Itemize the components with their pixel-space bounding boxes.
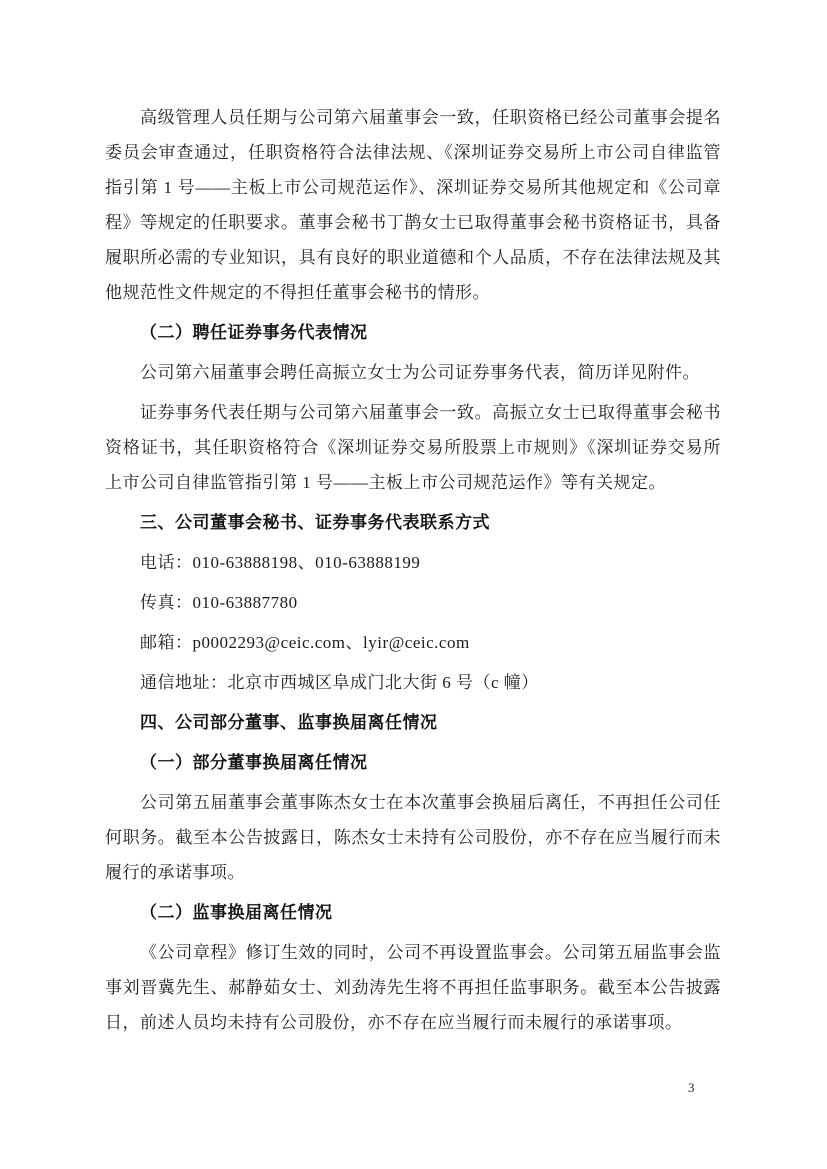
body-paragraph: 证券事务代表任期与公司第六届董事会一致。高振立女士已取得董事会秘书资格证书，其任… <box>105 395 721 500</box>
section-heading: （一）部分董事换届离任情况 <box>105 745 721 780</box>
content-area: 高级管理人员任期与公司第六届董事会一致，任职资格已经公司董事会提名委员会审查通过… <box>105 100 721 1045</box>
section-heading: （二）监事换届离任情况 <box>105 895 721 930</box>
body-paragraph: 高级管理人员任期与公司第六届董事会一致，任职资格已经公司董事会提名委员会审查通过… <box>105 100 721 310</box>
contact-fax-line: 传真：010-63887780 <box>105 585 721 620</box>
body-paragraph: 《公司章程》修订生效的同时，公司不再设置监事会。公司第五届监事会监事刘晋冀先生、… <box>105 935 721 1040</box>
body-paragraph: 公司第六届董事会聘任高振立女士为公司证券事务代表，简历详见附件。 <box>105 355 721 390</box>
contact-email-line: 邮箱：p0002293@ceic.com、lyir@ceic.com <box>105 625 721 660</box>
document-page: 高级管理人员任期与公司第六届董事会一致，任职资格已经公司董事会提名委员会审查通过… <box>0 0 827 1169</box>
page-number: 3 <box>688 1080 695 1096</box>
body-paragraph: 公司第五届董事会董事陈杰女士在本次董事会换届后离任，不再担任公司任何职务。截至本… <box>105 785 721 890</box>
section-heading: （二）聘任证券事务代表情况 <box>105 315 721 350</box>
section-heading: 三、公司董事会秘书、证券事务代表联系方式 <box>105 505 721 540</box>
section-heading: 四、公司部分董事、监事换届离任情况 <box>105 705 721 740</box>
contact-phone-line: 电话：010-63888198、010-63888199 <box>105 545 721 580</box>
contact-address-line: 通信地址：北京市西城区阜成门北大街 6 号（c 幢） <box>105 665 721 700</box>
